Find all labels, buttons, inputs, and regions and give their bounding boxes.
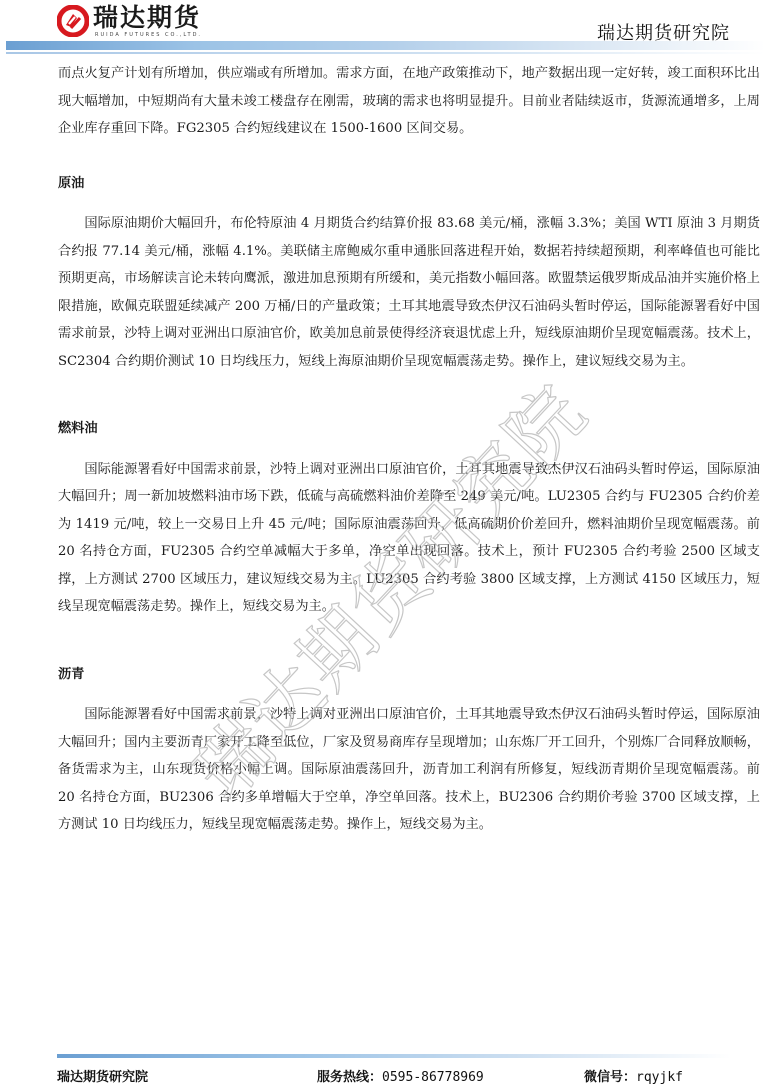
hotline-number: 0595-86778969 (382, 1070, 484, 1085)
section-paragraph: 国际能源署看好中国需求前景，沙特上调对亚洲出口原油官价，土耳其地震导致杰伊汉石油… (58, 701, 760, 839)
page-header: 瑞达期货 RUIDA FUTURES CO.,LTD. 瑞达期货研究院 (0, 0, 770, 56)
header-divider (6, 52, 765, 54)
wechat-label: 微信号： (584, 1070, 636, 1085)
hotline-label: 服务热线： (317, 1070, 382, 1085)
company-logo: 瑞达期货 RUIDA FUTURES CO.,LTD. (57, 4, 202, 40)
section-paragraph: 国际原油期价大幅回升，布伦特原油 4 月期货合约结算价报 83.68 美元/桶，… (58, 210, 760, 375)
section-title: 燃料油 (58, 415, 760, 443)
intro-paragraph: 而点火复产计划有所增加，供应端或有所增加。需求方面，在地产政策推动下，地产数据出… (58, 60, 760, 143)
report-body: 而点火复产计划有所增加，供应端或有所增加。需求方面，在地产政策推动下，地产数据出… (58, 60, 760, 839)
section-asphalt: 沥青 国际能源署看好中国需求前景，沙特上调对亚洲出口原油官价，土耳其地震导致杰伊… (58, 661, 760, 839)
section-crude-oil: 原油 国际原油期价大幅回升，布伦特原油 4 月期货合约结算价报 83.68 美元… (58, 170, 760, 376)
section-title: 原油 (58, 170, 760, 198)
ruida-logo-icon (57, 5, 89, 37)
wechat-id: rqyjkf (636, 1070, 683, 1085)
logo-english-name: RUIDA FUTURES CO.,LTD. (95, 32, 202, 39)
section-fuel-oil: 燃料油 国际能源署看好中国需求前景，沙特上调对亚洲出口原油官价，土耳其地震导致杰… (58, 415, 760, 621)
logo-chinese-name: 瑞达期货 (93, 4, 202, 32)
header-gradient-bar (6, 41, 765, 50)
footer-gradient-bar (57, 1054, 731, 1058)
section-paragraph: 国际能源署看好中国需求前景，沙特上调对亚洲出口原油官价，土耳其地震导致杰伊汉石油… (58, 456, 760, 621)
footer-wechat: 微信号：rqyjkf (584, 1066, 683, 1085)
section-title: 沥青 (58, 661, 760, 689)
footer-hotline: 服务热线：0595-86778969 (317, 1066, 484, 1085)
footer-org: 瑞达期货研究院 (57, 1066, 148, 1085)
